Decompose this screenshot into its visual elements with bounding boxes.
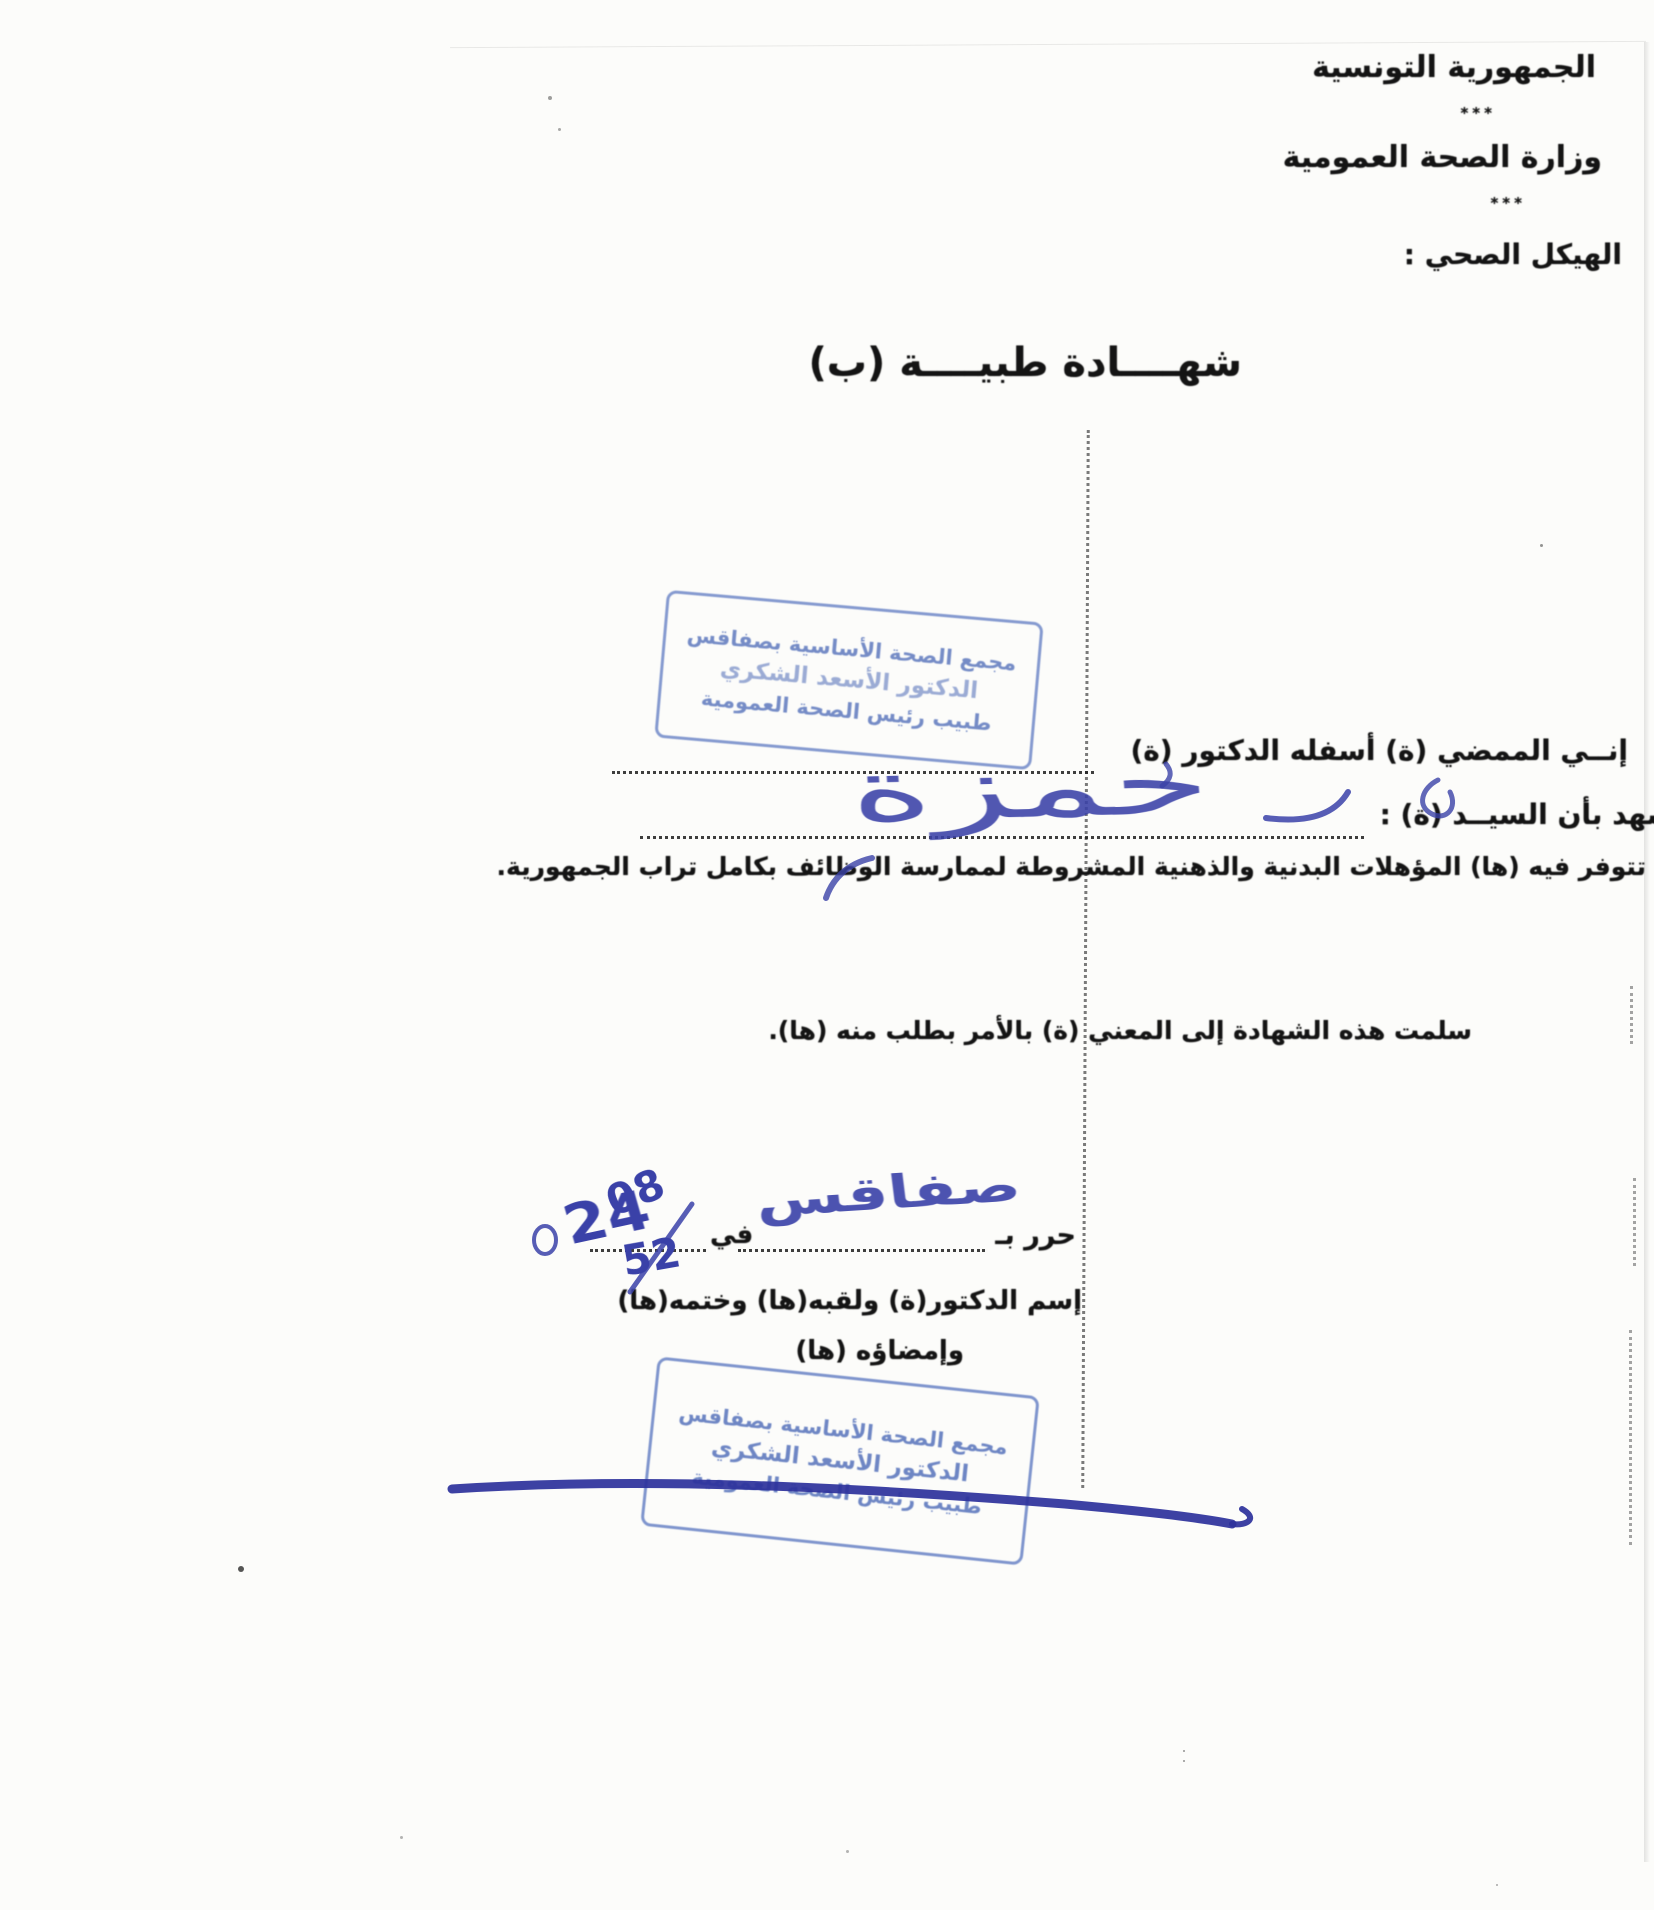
line-and-signature: وإمضاؤه (ها): [795, 1336, 964, 1366]
ink-speck: [558, 128, 561, 131]
header-stars: ***: [1490, 194, 1526, 212]
ink-speck: [1183, 1750, 1185, 1752]
handwriting-strokes: [0, 0, 1654, 1910]
label-on-date: في: [710, 1220, 753, 1250]
ink-speck: [548, 96, 552, 100]
label-drafted-in: حرر بـ: [995, 1220, 1076, 1251]
rubber-stamp-bottom: مجمع الصحة الأساسية بصفاقس الدكتور الأسع…: [640, 1356, 1040, 1565]
handwritten-patient-name: حمزة: [845, 733, 1214, 841]
scan-edge-marks: [1629, 1330, 1632, 1545]
ink-speck: [1496, 1884, 1498, 1886]
ink-speck: [400, 1836, 403, 1839]
line-doctor-identity: إسم الدكتور(ة) ولقبه(ها) وختمه(ها): [617, 1286, 1082, 1316]
paper-right-edge: [1644, 42, 1650, 1862]
header-republic: الجمهورية التونسية: [1312, 50, 1596, 85]
scan-edge-marks: [1630, 986, 1633, 1044]
scanned-medical-certificate: الجمهورية التونسية *** وزارة الصحة العمو…: [0, 0, 1654, 1910]
scan-edge-marks: [1633, 1178, 1636, 1266]
line-qualifications: تتوفر فيه (ها) المؤهلات البدنية والذهنية…: [497, 852, 1646, 881]
header-ministry: وزارة الصحة العمومية: [1283, 140, 1602, 175]
document-title: شهــــادة طبيــــة (ب): [809, 340, 1242, 386]
paper-top-edge: [450, 41, 1646, 48]
line-delivered: سلمت هذه الشهادة إلى المعني (ة) بالأمر ب…: [768, 1016, 1472, 1045]
ink-speck: [238, 1566, 244, 1572]
dotted-blank-place: [738, 1249, 985, 1252]
ink-speck: [846, 1850, 849, 1853]
ink-speck: [1183, 1760, 1185, 1762]
header-stars: ***: [1460, 104, 1496, 122]
ink-speck: [1540, 544, 1543, 547]
handwritten-place: صفاقس: [752, 1157, 1024, 1227]
handwritten-date-lower: 52: [618, 1227, 684, 1285]
line-certify-patient: أشهد بأن السيــد (ة) :: [1380, 798, 1654, 831]
fold-crease: [1081, 430, 1090, 1488]
header-health-structure: الهيكل الصحي :: [1404, 238, 1622, 271]
